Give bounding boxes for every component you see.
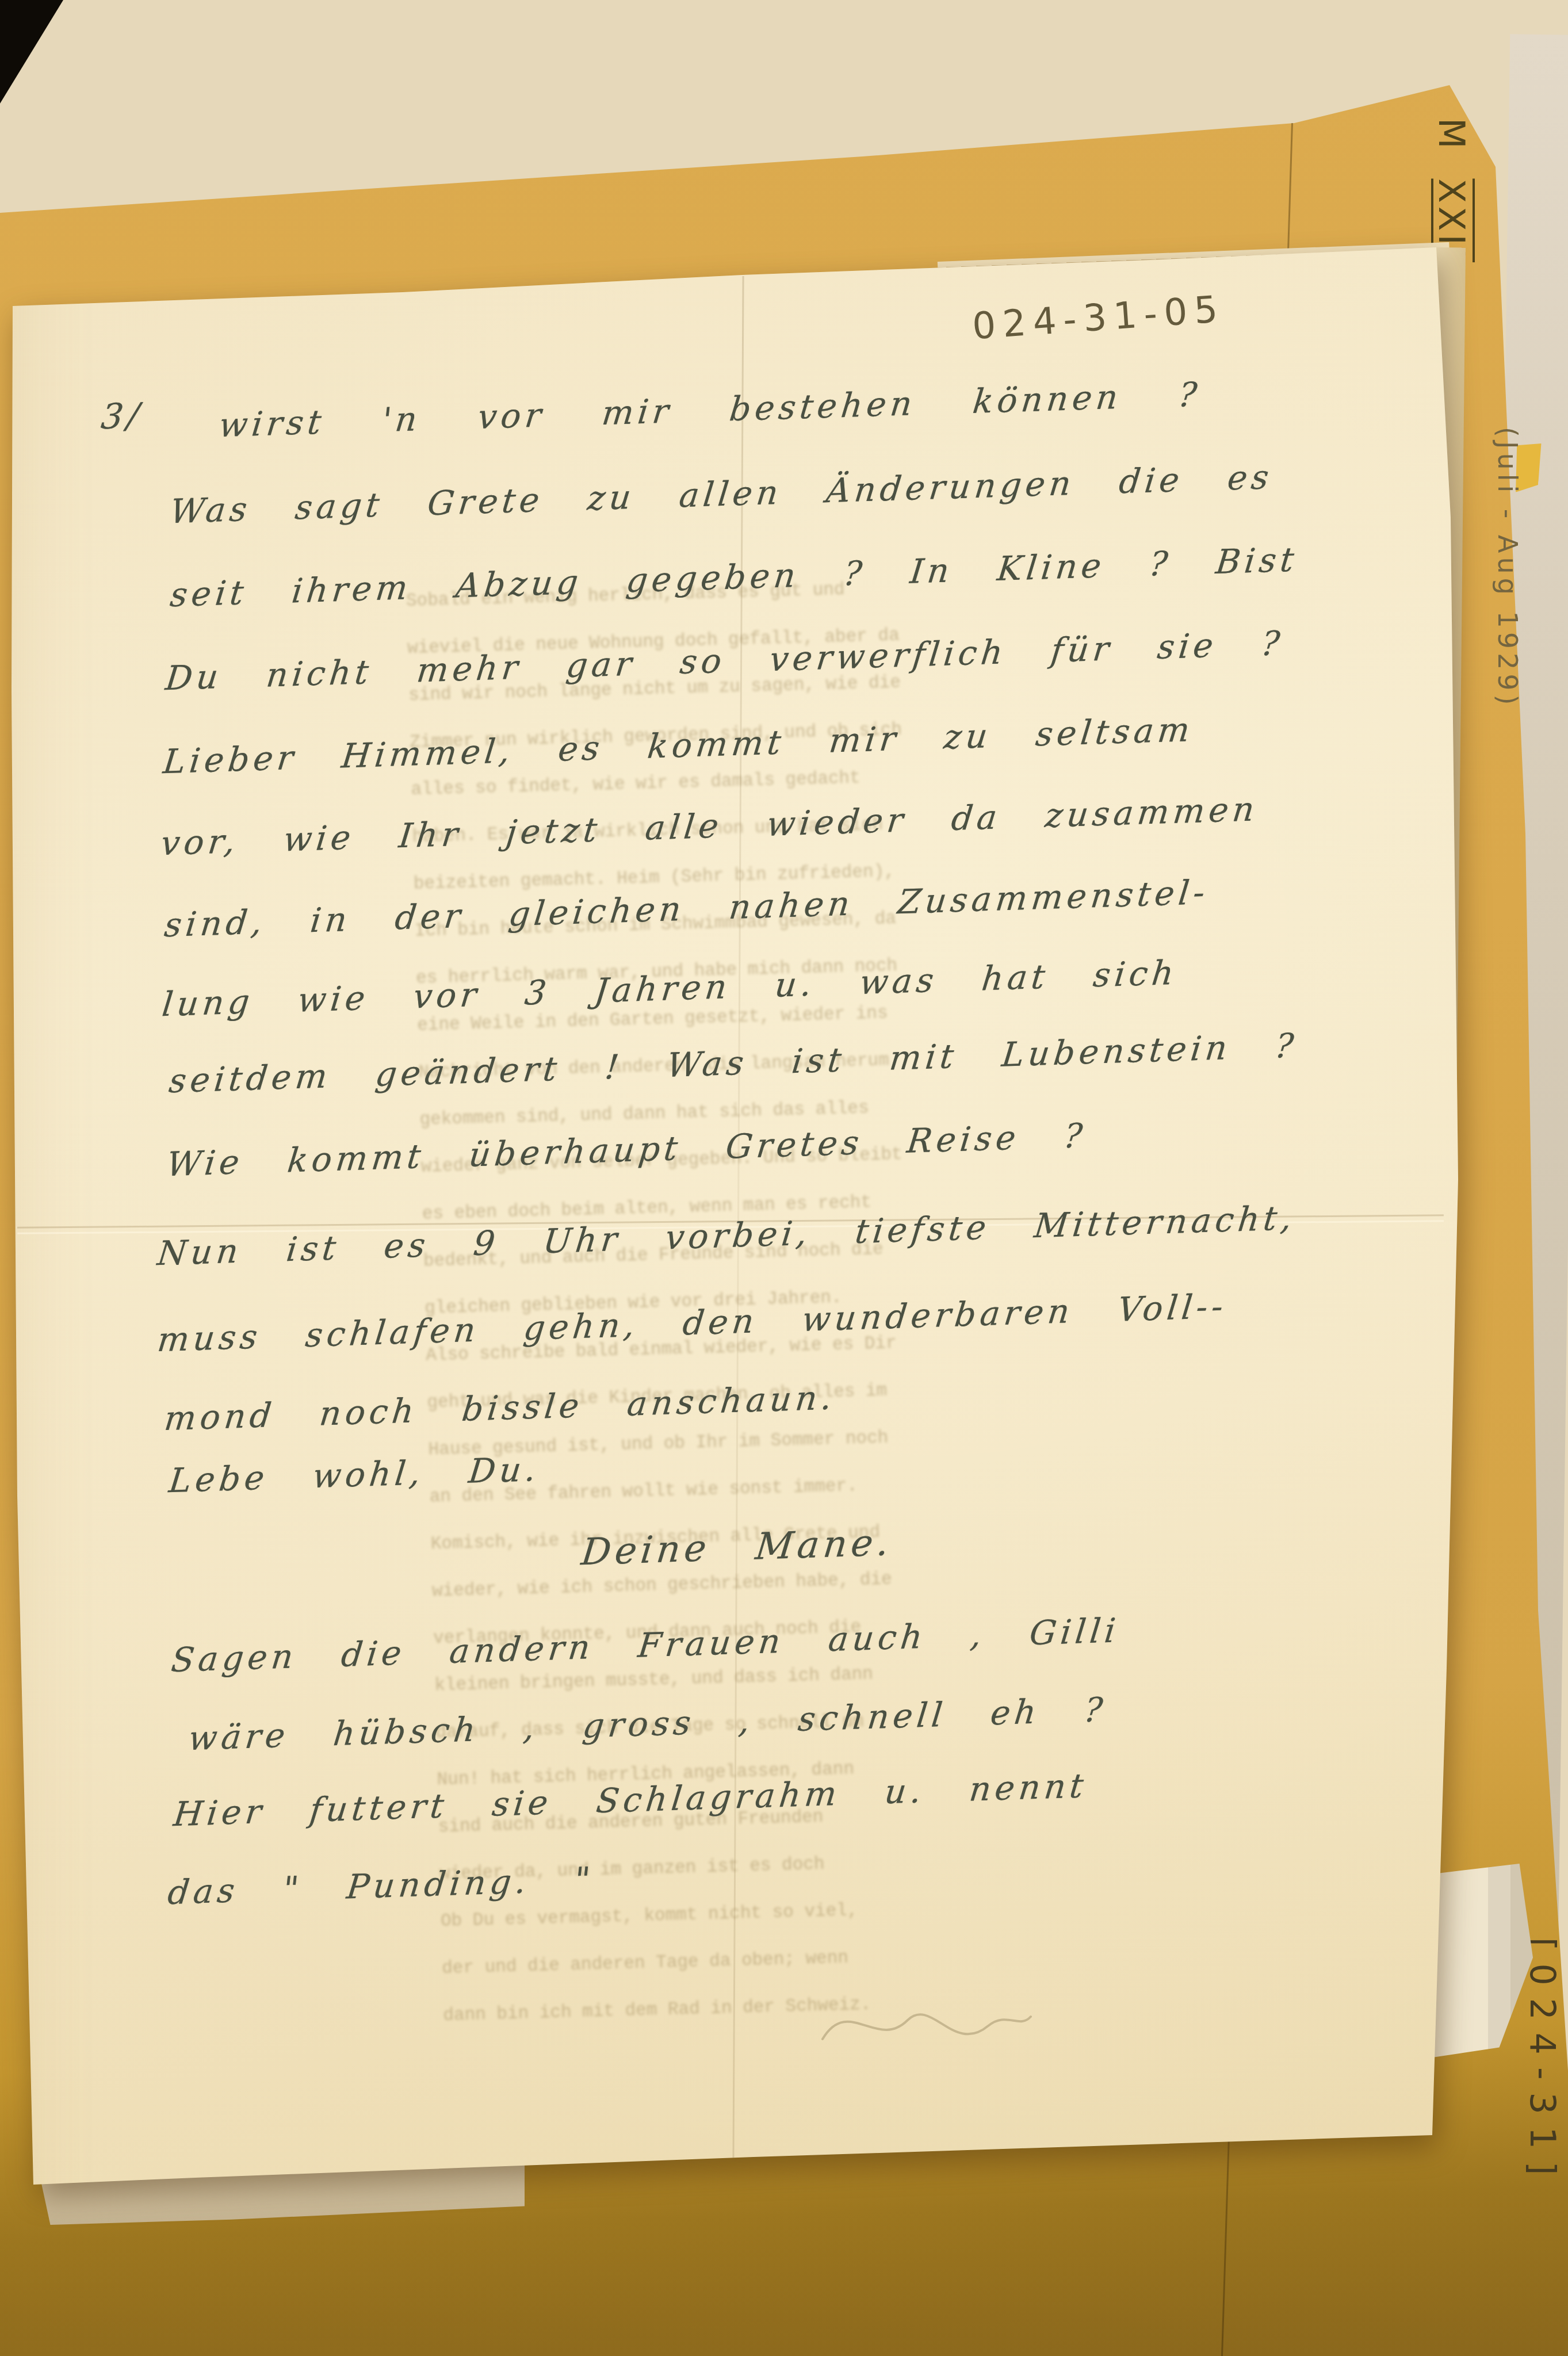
faint-pencil-scribble	[817, 1984, 1035, 2065]
page-marker: 3/	[99, 396, 145, 438]
letter-page-wrapper: Sobald ein wenig herlich, dass es gut un…	[0, 0, 1568, 2356]
archive-photo-scene: MXXII (Juli - Aug 1929) [024-31] Sobald …	[0, 0, 1568, 2356]
letter-page: Sobald ein wenig herlich, dass es gut un…	[0, 0, 1568, 2356]
letter-line: wirst 'n vor mir bestehen können ?	[217, 374, 1203, 445]
letter-line: Was sagt Grete zu allen Änderungen die e…	[169, 457, 1275, 531]
archival-number: 024-31-05	[971, 288, 1226, 348]
